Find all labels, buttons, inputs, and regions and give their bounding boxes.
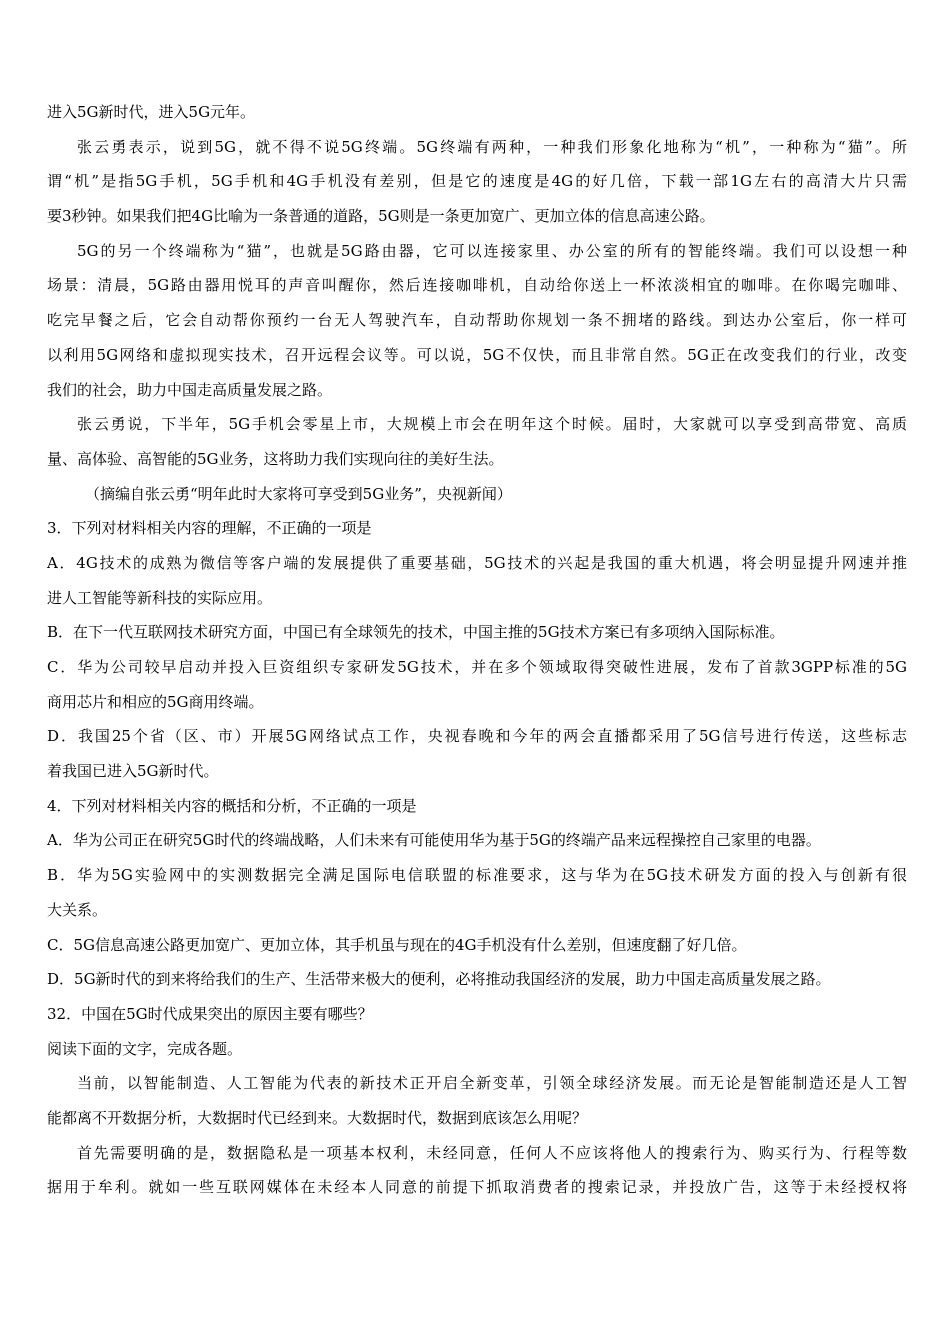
paragraph-line: 5G的另一个终端称为“猫”，也就是5G路由器，它可以连接家里、办公室的所有的智能… — [47, 234, 907, 269]
paragraph-line: 张云勇表示，说到5G，就不得不说5G终端。5G终端有两种，一种我们形象化地称为“… — [47, 130, 907, 165]
option-c-continuation: 商用芯片和相应的5G商用终端。 — [47, 685, 907, 720]
question-stem: 4．下列对材料相关内容的概括和分析，不正确的一项是 — [47, 789, 907, 824]
option-label: B． — [47, 623, 73, 641]
question-stem: 3．下列对材料相关内容的理解，不正确的一项是 — [47, 511, 907, 546]
option-d-line: D．我国25个省（区、市）开展5G网络试点工作，央视春晚和今年的两会直播都采用了… — [47, 719, 907, 754]
document-page: 进入5G新时代，进入5G元年。 张云勇表示，说到5G，就不得不说5G终端。5G终… — [47, 95, 907, 1205]
option-text: 4G技术的成熟为微信等客户端的发展提供了重要基础，5G技术的兴起是我国的重大机遇… — [76, 554, 907, 572]
paragraph-line: 张云勇说，下半年，5G手机会零星上市，大规模上市会在明年这个时候。届时，大家就可… — [47, 407, 907, 442]
option-a-line: A．4G技术的成熟为微信等客户端的发展提供了重要基础，5G技术的兴起是我国的重大… — [47, 546, 907, 581]
paragraph-line: 场景：清晨，5G路由器用悦耳的声音叫醒你，然后连接咖啡机，自动给你送上一杯浓淡相… — [47, 268, 907, 303]
question-stem: 32．中国在5G时代成果突出的原因主要有哪些？ — [47, 997, 907, 1032]
paragraph-line: 能都离不开数据分析，大数据时代已经到来。大数据时代，数据到底该怎么用呢？ — [47, 1101, 907, 1136]
option-text: 5G信息高速公路更加宽广、更加立体，其手机虽与现在的4G手机没有什么差别，但速度… — [73, 936, 746, 954]
option-text: 华为公司正在研究5G时代的终端战略，人们未来有可能使用华为基于5G的终端产品来远… — [73, 831, 821, 849]
option-b-continuation: 大关系。 — [47, 893, 907, 928]
option-label: C． — [47, 936, 73, 954]
option-b-line: B．华为5G实验网中的实测数据完全满足国际电信联盟的标准要求，这与华为在5G技术… — [47, 858, 907, 893]
source-citation: （摘编自张云勇“明年此时大家将可享受到5G业务”，央视新闻） — [47, 477, 907, 512]
option-a-continuation: 进人工智能等新科技的实际应用。 — [47, 581, 907, 616]
paragraph-line: 谓“机”是指5G手机，5G手机和4G手机没有差别，但是它的速度是4G的好几倍，下… — [47, 164, 907, 199]
question-4: 4．下列对材料相关内容的概括和分析，不正确的一项是 A．华为公司正在研究5G时代… — [47, 789, 907, 997]
question-32: 32．中国在5G时代成果突出的原因主要有哪些？ — [47, 997, 907, 1032]
option-d-line: D．5G新时代的到来将给我们的生产、生活带来极大的便利，必将推动我国经济的发展，… — [47, 962, 907, 997]
option-text: 我国25个省（区、市）开展5G网络试点工作，央视春晚和今年的两会直播都采用了5G… — [78, 727, 907, 745]
paragraph-line: 吃完早餐之后，它会自动帮你预约一台无人驾驶汽车，自动帮助你规划一条不拥堵的路线。… — [47, 303, 907, 338]
option-text: 5G新时代的到来将给我们的生产、生活带来极大的便利，必将推动我国经济的发展，助力… — [74, 970, 831, 988]
option-text: 华为5G实验网中的实测数据完全满足国际电信联盟的标准要求，这与华为在5G技术研发… — [77, 866, 907, 884]
option-a-line: A．华为公司正在研究5G时代的终端战略，人们未来有可能使用华为基于5G的终端产品… — [47, 823, 907, 858]
option-text: 华为公司较早启动并投入巨资组织专家研发5G技术，并在多个领域取得突破性进展，发布… — [77, 658, 907, 676]
option-label: A． — [47, 831, 73, 849]
paragraph-line: 当前，以智能制造、人工智能为代表的新技术正开启全新变革，引领全球经济发展。而无论… — [47, 1066, 907, 1101]
option-text: 在下一代互联网技术研究方面，中国已有全球领先的技术，中国主推的5G技术方案已有多… — [73, 623, 785, 641]
option-c-line: C．5G信息高速公路更加宽广、更加立体，其手机虽与现在的4G手机没有什么差别，但… — [47, 928, 907, 963]
option-label: D． — [47, 970, 74, 988]
paragraph-line: 以利用5G网络和虚拟现实技术，召开远程会议等。可以说，5G不仅快，而且非常自然。… — [47, 338, 907, 373]
paragraph-line: 进入5G新时代，进入5G元年。 — [47, 95, 907, 130]
paragraph-line: 据用于牟利。就如一些互联网媒体在未经本人同意的前提下抓取消费者的搜索记录，并投放… — [47, 1170, 907, 1205]
option-c-line: C．华为公司较早启动并投入巨资组织专家研发5G技术，并在多个领域取得突破性进展，… — [47, 650, 907, 685]
question-3: 3．下列对材料相关内容的理解，不正确的一项是 A．4G技术的成熟为微信等客户端的… — [47, 511, 907, 789]
paragraph-line: 首先需要明确的是，数据隐私是一项基本权利，未经同意，任何人不应该将他人的搜索行为… — [47, 1136, 907, 1171]
passage-1: 进入5G新时代，进入5G元年。 张云勇表示，说到5G，就不得不说5G终端。5G终… — [47, 95, 907, 511]
option-label: A． — [47, 554, 76, 572]
paragraph-line: 我们的社会，助力中国走高质量发展之路。 — [47, 373, 907, 408]
paragraph-line: 要3秒钟。如果我们把4G比喻为一条普通的道路，5G则是一条更加宽广、更加立体的信… — [47, 199, 907, 234]
reading-instruction: 阅读下面的文字，完成各题。 — [47, 1032, 907, 1067]
option-b-line: B．在下一代互联网技术研究方面，中国已有全球领先的技术，中国主推的5G技术方案已… — [47, 615, 907, 650]
option-label: B． — [47, 866, 77, 884]
option-label: D． — [47, 727, 78, 745]
paragraph-line: 量、高体验、高智能的5G业务，这将助力我们实现向往的美好生法。 — [47, 442, 907, 477]
passage-2: 阅读下面的文字，完成各题。 当前，以智能制造、人工智能为代表的新技术正开启全新变… — [47, 1032, 907, 1205]
option-d-continuation: 着我国已进入5G新时代。 — [47, 754, 907, 789]
option-label: C． — [47, 658, 77, 676]
